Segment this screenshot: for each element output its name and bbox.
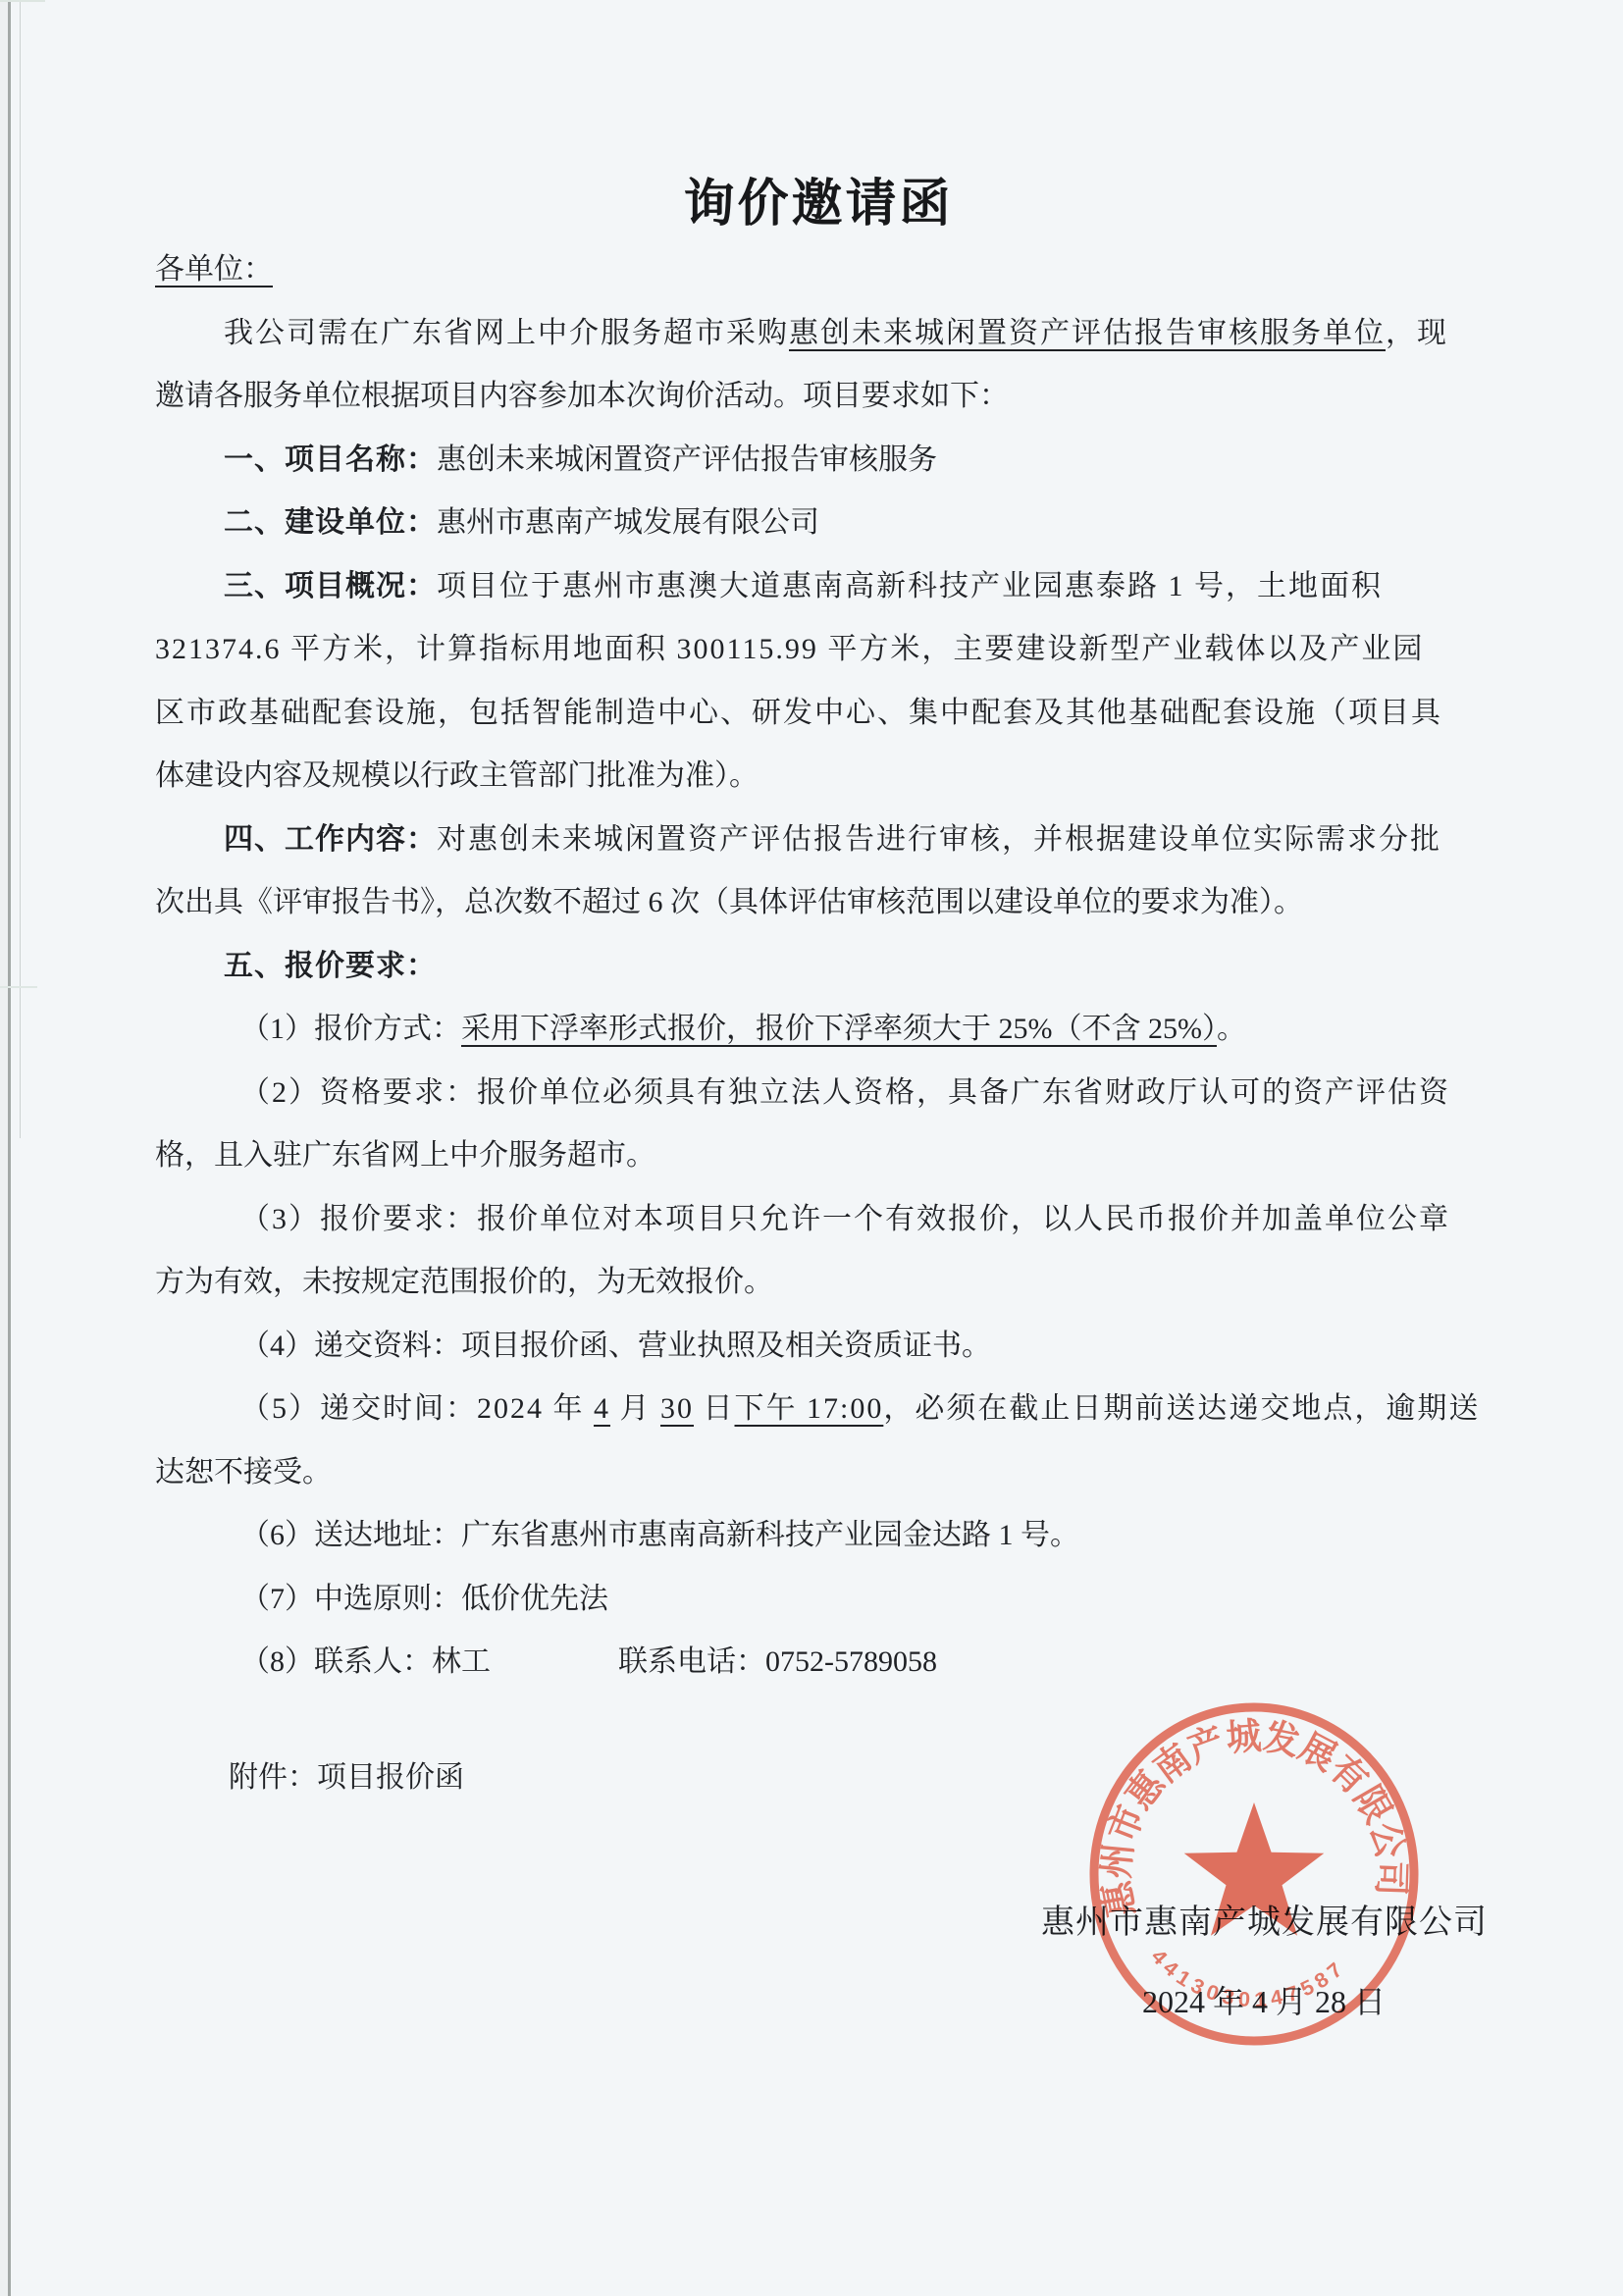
body-line: 四、工作内容：对惠创未来城闲置资产评估报告进行审核，并根据建设单位实际需求分批 <box>155 809 1482 872</box>
body-line: 达恕不接受。 <box>155 1441 1482 1505</box>
body-line: 五、报价要求： <box>155 935 1482 999</box>
section-label: 三、项目概况： <box>224 570 437 602</box>
text-run: 达恕不接受。 <box>155 1456 332 1488</box>
text-run: （3）报价要求：报价单位对本项目只允许一个有效报价，以人民币报价并加盖单位公章 <box>240 1203 1450 1235</box>
section-label: 二、建设单位： <box>224 506 437 539</box>
section-label: 五、报价要求： <box>224 950 437 982</box>
body-line: 一、项目名称：惠创未来城闲置资产评估报告审核服务 <box>155 429 1482 493</box>
body-line: 321374.6 平方米，计算指标用地面积 300115.99 平方米，主要建设… <box>155 618 1482 682</box>
underlined-text: 采用下浮率形式报价，报价下浮率须大于 25%（不含 25%） <box>461 1013 1217 1045</box>
text-run: （8）联系人：林工 <box>240 1645 491 1678</box>
official-seal: 惠州市惠南产城发展有限公司 4413030147587 <box>1079 1694 1429 2055</box>
text-run: （5）递交时间：2024 年 <box>240 1392 594 1425</box>
body-line: （6）送达地址：广东省惠州市惠南高新科技产业园金达路 1 号。 <box>155 1504 1482 1568</box>
section-label: 一、项目名称： <box>224 444 437 476</box>
body-line: 我公司需在广东省网上中介服务超市采购惠创未来城闲置资产评估报告审核服务单位，现 <box>155 302 1482 366</box>
text-run: 321374.6 平方米，计算指标用地面积 300115.99 平方米，主要建设… <box>155 633 1424 665</box>
scan-noise-streak <box>0 986 37 988</box>
underlined-text: 4 <box>594 1392 610 1425</box>
body-line: 体建设内容及规模以行政主管部门批准为准）。 <box>155 745 1482 809</box>
body-line: 各单位： <box>155 238 1482 302</box>
body-line: （1）报价方式：采用下浮率形式报价，报价下浮率须大于 25%（不含 25%）。 <box>155 998 1482 1062</box>
text-run: ，现 <box>1386 317 1448 349</box>
scan-edge-line-faint <box>20 0 21 1138</box>
text-run: 日 <box>694 1392 735 1425</box>
body-line: 邀请各服务单位根据项目内容参加本次询价活动。项目要求如下： <box>155 365 1482 429</box>
text-run: 。 <box>1217 1013 1246 1045</box>
body-line: （2）资格要求：报价单位必须具有独立法人资格，具备广东省财政厅认可的资产评估资 <box>155 1062 1482 1125</box>
body-line: 格，且入驻广东省网上中介服务超市。 <box>155 1124 1482 1188</box>
text-run: 我公司需在广东省网上中介服务超市采购 <box>224 317 789 349</box>
scan-noise-streak <box>0 0 45 2</box>
text-run: （7）中选原则：低价优先法 <box>240 1583 608 1615</box>
star-icon <box>1184 1802 1325 1936</box>
document-body: 各单位：我公司需在广东省网上中介服务超市采购惠创未来城闲置资产评估报告审核服务单… <box>155 238 1482 1695</box>
underlined-text: 下午 17:00 <box>735 1392 884 1425</box>
text-run: （6）送达地址：广东省惠州市惠南高新科技产业园金达路 1 号。 <box>240 1519 1079 1551</box>
body-line: （5）递交时间：2024 年 4 月 30 日下午 17:00，必须在截止日期前… <box>155 1378 1482 1441</box>
underlined-text: 惠创未来城闲置资产评估报告审核服务单位 <box>789 317 1386 349</box>
text-run: 对惠创未来城闲置资产评估报告进行审核，并根据建设单位实际需求分批 <box>437 823 1441 856</box>
body-line: 区市政基础配套设施，包括智能制造中心、研发中心、集中配套及其他基础配套设施（项目… <box>155 682 1482 746</box>
body-line: 二、建设单位：惠州市惠南产城发展有限公司 <box>155 492 1482 555</box>
text-run: 惠创未来城闲置资产评估报告审核服务 <box>437 444 937 476</box>
body-line: （8）联系人：林工联系电话：0752-5789058 <box>155 1631 1482 1695</box>
section-label: 四、工作内容： <box>224 823 437 856</box>
body-line: （3）报价要求：报价单位对本项目只允许一个有效报价，以人民币报价并加盖单位公章 <box>155 1188 1482 1252</box>
body-line: （7）中选原则：低价优先法 <box>155 1568 1482 1632</box>
text-run: 格，且入驻广东省网上中介服务超市。 <box>155 1139 655 1172</box>
text-run: 惠州市惠南产城发展有限公司 <box>437 506 819 539</box>
document-title: 询价邀请函 <box>155 172 1482 238</box>
body-line: 三、项目概况：项目位于惠州市惠澳大道惠南高新科技产业园惠泰路 1 号，土地面积 <box>155 555 1482 619</box>
body-line: （4）递交资料：项目报价函、营业执照及相关资质证书。 <box>155 1315 1482 1379</box>
body-line: 次出具《评审报告书》，总次数不超过 6 次（具体评估审核范围以建设单位的要求为准… <box>155 871 1482 935</box>
scan-edge-margin <box>0 0 8 2296</box>
text-run: 区市政基础配套设施，包括智能制造中心、研发中心、集中配套及其他基础配套设施（项目… <box>155 697 1442 729</box>
text-run: （1）报价方式： <box>240 1013 461 1045</box>
text-run: 月 <box>610 1392 660 1425</box>
text-run: 体建设内容及规模以行政主管部门批准为准）。 <box>155 759 759 792</box>
scan-edge-line <box>8 0 11 2296</box>
text-run: 项目位于惠州市惠澳大道惠南高新科技产业园惠泰路 1 号，土地面积 <box>437 570 1383 602</box>
underlined-text: 30 <box>660 1392 694 1425</box>
text-run: 联系电话：0752-5789058 <box>618 1645 937 1678</box>
seal-code-text: 4413030147587 <box>1146 1946 1350 2012</box>
text-run: 邀请各服务单位根据项目内容参加本次询价活动。项目要求如下： <box>155 380 1009 412</box>
text-run: （2）资格要求：报价单位必须具有独立法人资格，具备广东省财政厅认可的资产评估资 <box>240 1076 1450 1109</box>
text-run: 次出具《评审报告书》，总次数不超过 6 次（具体评估审核范围以建设单位的要求为准… <box>155 886 1303 918</box>
underlined-text: 各单位： <box>155 253 273 286</box>
text-run: 方为有效，未按规定范围报价的，为无效报价。 <box>155 1266 773 1298</box>
body-line: 方为有效，未按规定范围报价的，为无效报价。 <box>155 1251 1482 1315</box>
text-run: ，必须在截止日期前送达递交地点，逾期送 <box>883 1392 1480 1425</box>
text-run: （4）递交资料：项目报价函、营业执照及相关资质证书。 <box>240 1330 991 1362</box>
svg-text:4413030147587: 4413030147587 <box>1146 1946 1350 2012</box>
